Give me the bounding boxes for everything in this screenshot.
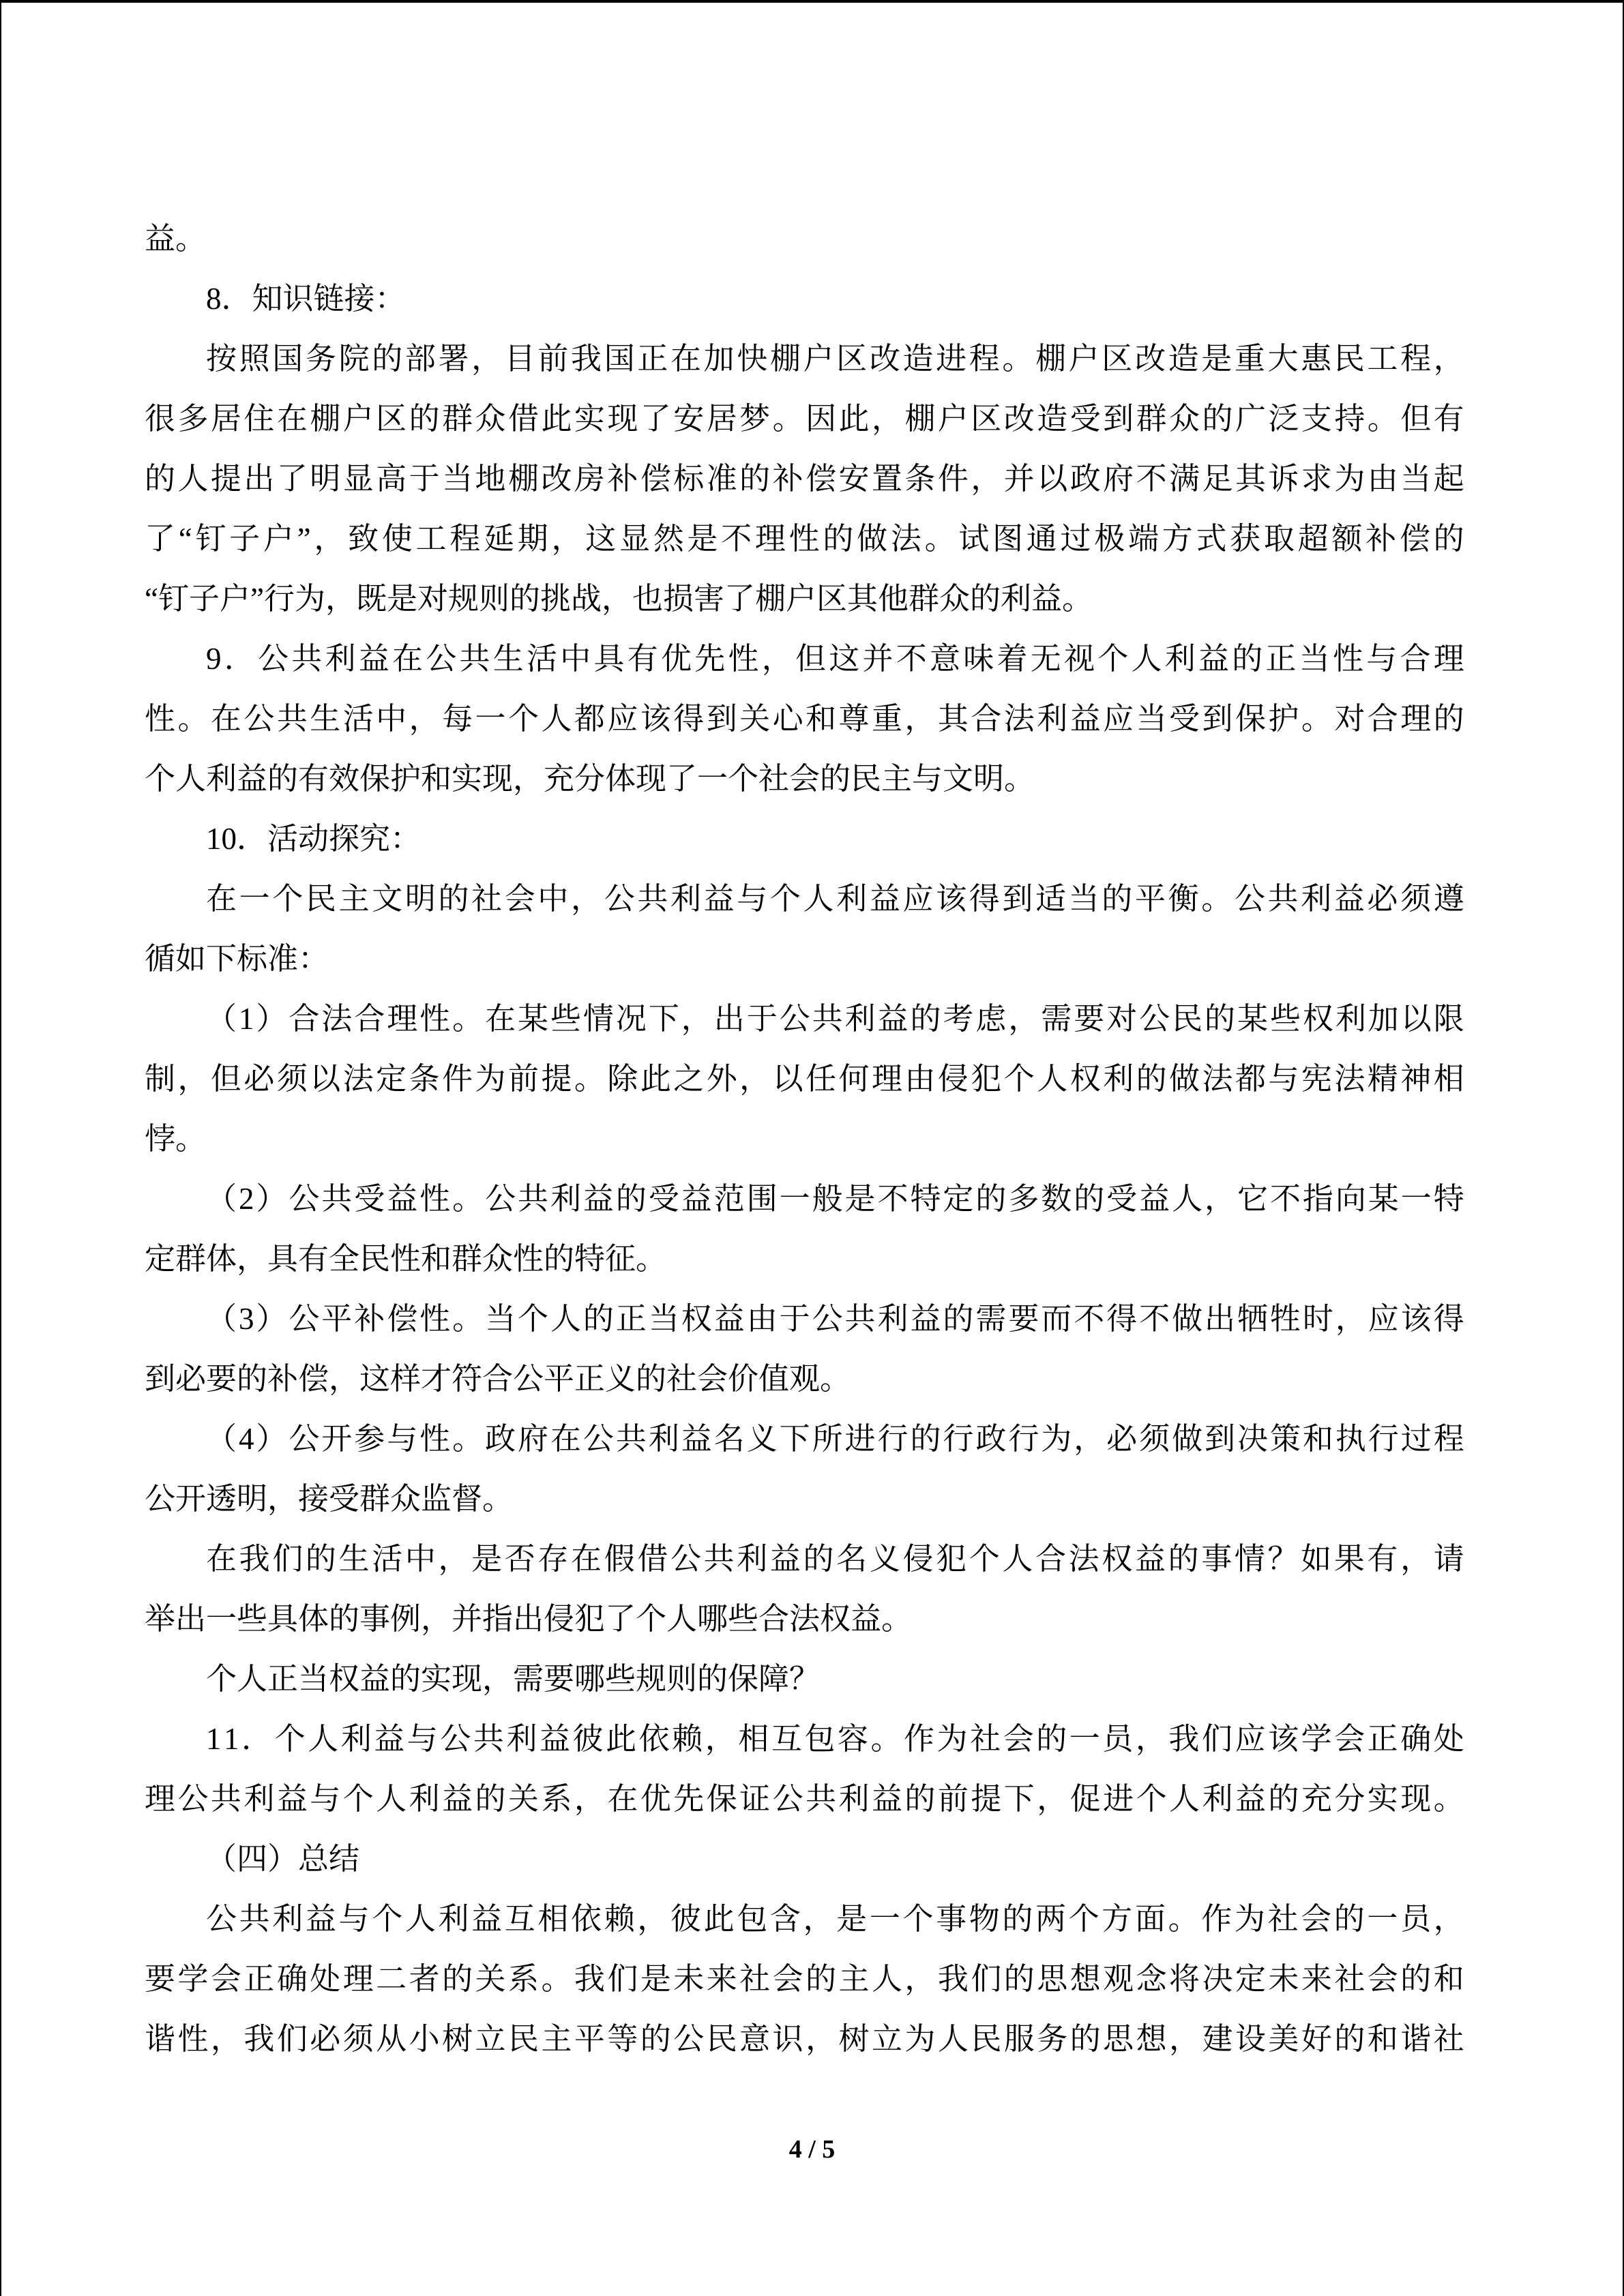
text-line: 制，但必须以法定条件为前提。除此之外，以任何理由侵犯个人权利的做法都与宪法精神相 [145, 1049, 1464, 1109]
text-line: 谐性，我们必须从小树立民主平等的公民意识，树立为人民服务的思想，建设美好的和谐社 [145, 2009, 1464, 2069]
text-line: 9．公共利益在公共生活中具有优先性，但这并不意味着无视个人利益的正当性与合理 [145, 629, 1464, 689]
text-line: 10．活动探究： [145, 809, 1464, 869]
text-line: （四）总结 [145, 1829, 1464, 1889]
text-line: 了“钉子户”，致使工程延期，这显然是不理性的做法。试图通过极端方式获取超额补偿的 [145, 509, 1464, 569]
text-line: 到必要的补偿，这样才符合公平正义的社会价值观。 [145, 1349, 1464, 1409]
text-line: 理公共利益与个人利益的关系，在优先保证公共利益的前提下，促进个人利益的充分实现。 [145, 1769, 1464, 1829]
text-line: 个人正当权益的实现，需要哪些规则的保障？ [145, 1649, 1464, 1709]
text-line: （4）公开参与性。政府在公共利益名义下所进行的行政行为，必须做到决策和执行过程 [145, 1409, 1464, 1469]
text-line: （1）合法合理性。在某些情况下，出于公共利益的考虑，需要对公民的某些权利加以限 [145, 989, 1464, 1049]
text-line: （2）公共受益性。公共利益的受益范围一般是不特定的多数的受益人，它不指向某一特 [145, 1169, 1464, 1229]
text-line: 举出一些具体的事例，并指出侵犯了个人哪些合法权益。 [145, 1589, 1464, 1649]
text-line: 按照国务院的部署，目前我国正在加快棚户区改造进程。棚户区改造是重大惠民工程， [145, 329, 1464, 389]
text-line: 定群体，具有全民性和群众性的特征。 [145, 1229, 1464, 1289]
text-line: 个人利益的有效保护和实现，充分体现了一个社会的民主与文明。 [145, 749, 1464, 809]
text-line: 8．知识链接： [145, 269, 1464, 329]
text-line: 公开透明，接受群众监督。 [145, 1469, 1464, 1529]
document-body: 益。8．知识链接：按照国务院的部署，目前我国正在加快棚户区改造进程。棚户区改造是… [145, 209, 1464, 2069]
document-page: 益。8．知识链接：按照国务院的部署，目前我国正在加快棚户区改造进程。棚户区改造是… [0, 0, 1624, 2296]
text-line: 11．个人利益与公共利益彼此依赖，相互包容。作为社会的一员，我们应该学会正确处 [145, 1709, 1464, 1769]
text-line: 悖。 [145, 1109, 1464, 1169]
text-line: （3）公平补偿性。当个人的正当权益由于公共利益的需要而不得不做出牺牲时，应该得 [145, 1289, 1464, 1349]
text-line: 益。 [145, 209, 1464, 269]
text-line: 性。在公共生活中，每一个人都应该得到关心和尊重，其合法利益应当受到保护。对合理的 [145, 689, 1464, 749]
text-line: 公共利益与个人利益互相依赖，彼此包含，是一个事物的两个方面。作为社会的一员， [145, 1889, 1464, 1949]
text-line: 很多居住在棚户区的群众借此实现了安居梦。因此，棚户区改造受到群众的广泛支持。但有 [145, 389, 1464, 449]
page-number: 4 / 5 [1, 2122, 1623, 2177]
text-line: “钉子户”行为，既是对规则的挑战，也损害了棚户区其他群众的利益。 [145, 569, 1464, 629]
text-line: 循如下标准： [145, 929, 1464, 989]
text-line: 在一个民主文明的社会中，公共利益与个人利益应该得到适当的平衡。公共利益必须遵 [145, 869, 1464, 929]
text-line: 的人提出了明显高于当地棚改房补偿标准的补偿安置条件，并以政府不满足其诉求为由当起 [145, 449, 1464, 509]
text-line: 在我们的生活中，是否存在假借公共利益的名义侵犯个人合法权益的事情？如果有，请 [145, 1529, 1464, 1589]
text-line: 要学会正确处理二者的关系。我们是未来社会的主人，我们的思想观念将决定未来社会的和 [145, 1949, 1464, 2009]
